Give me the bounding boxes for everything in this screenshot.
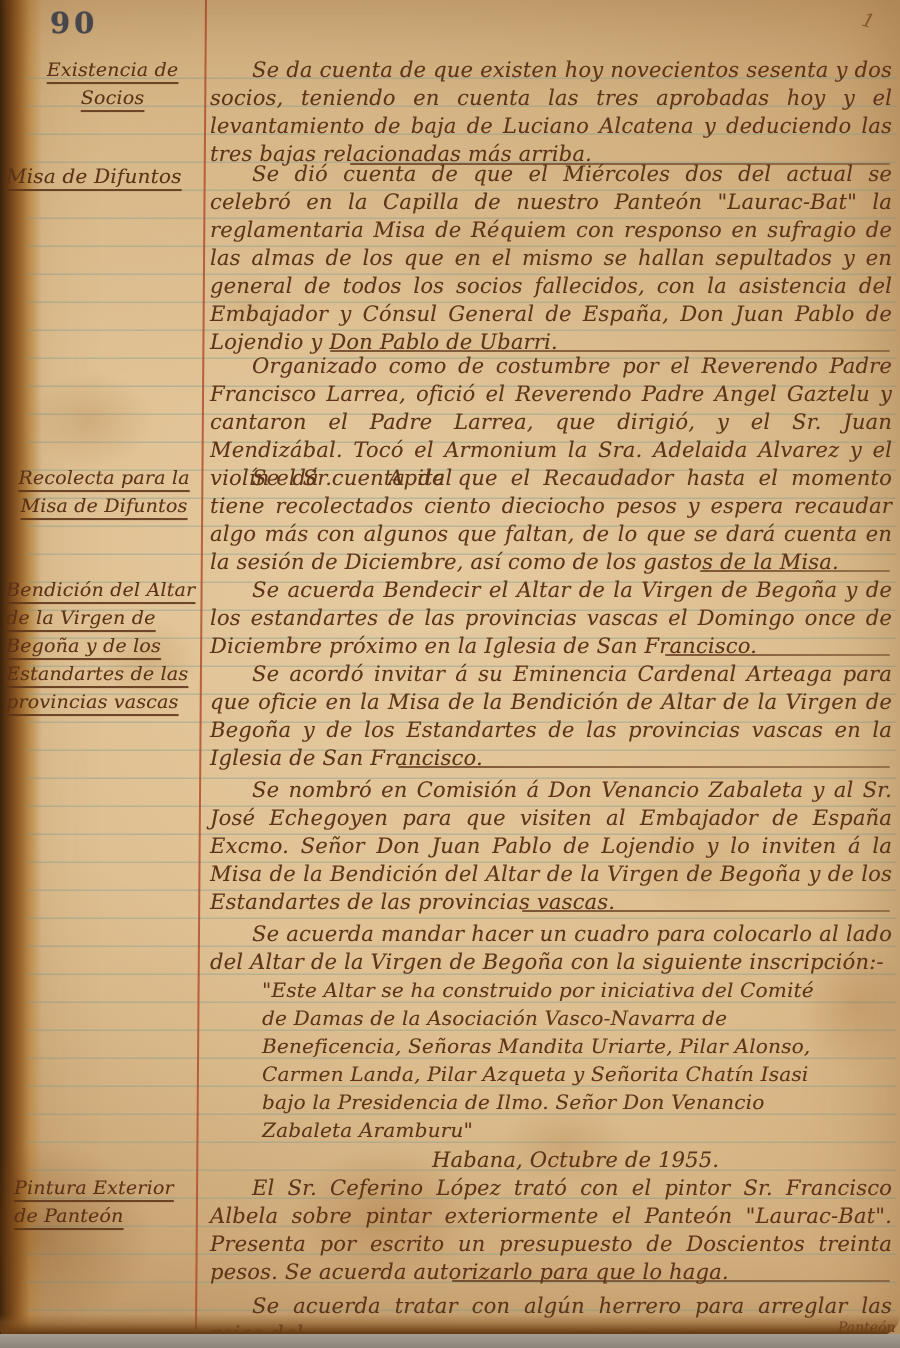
margin-heading-bendicion-altar: Bendición del Altar de la Virgen de Bego… bbox=[6, 576, 198, 716]
paragraph-end-rule bbox=[350, 163, 890, 165]
paragraph-end-rule bbox=[452, 1280, 890, 1282]
paragraph-end-rule bbox=[700, 570, 890, 572]
paragraph-text: Se dió cuenta de que el Miércoles dos de… bbox=[210, 162, 892, 354]
paragraph-text: Se da cuenta de que existen hoy novecien… bbox=[210, 58, 892, 166]
corner-pen-mark: 1 bbox=[859, 9, 877, 33]
paragraph-pintura-panteon: El Sr. Ceferino López trató con el pinto… bbox=[210, 1174, 892, 1286]
inscription-block: "Este Altar se ha construido por iniciat… bbox=[262, 976, 834, 1144]
background-surface bbox=[0, 1334, 900, 1348]
margin-heading-existencia-de-socios: Existencia de Socios bbox=[30, 56, 195, 112]
margin-heading-pintura-exterior: Pintura Exterior de Panteón bbox=[14, 1174, 198, 1230]
page-number-stamp: 90 bbox=[50, 6, 98, 40]
paragraph-text: Se acuerda Bendecir el Altar de la Virge… bbox=[210, 578, 892, 658]
paragraph-end-rule bbox=[522, 910, 890, 912]
paragraph-end-rule bbox=[665, 654, 890, 656]
paragraph-text: Se acordó invitar á su Eminencia Cardena… bbox=[210, 662, 892, 770]
paragraph-cuadro-inscripcion: Se acuerda mandar hacer un cuadro para c… bbox=[210, 920, 892, 976]
paragraph-invitacion-cardenal: Se acordó invitar á su Eminencia Cardena… bbox=[210, 660, 892, 772]
paragraph-misa-difuntos: Se dió cuenta de que el Miércoles dos de… bbox=[210, 160, 892, 356]
paragraph-comision-embajador: Se nombró en Comisión á Don Venancio Zab… bbox=[210, 776, 892, 916]
paragraph-end-rule bbox=[398, 766, 890, 768]
paragraph-text: Se nombró en Comisión á Don Venancio Zab… bbox=[210, 778, 892, 914]
paragraph-text: El Sr. Ceferino López trató con el pinto… bbox=[210, 1176, 892, 1284]
paragraph-recolecta: Se dá cuenta de que el Recaudador hasta … bbox=[210, 464, 892, 576]
margin-heading-misa-de-difuntos: Misa de Difuntos bbox=[6, 162, 202, 190]
paragraph-text: Se dá cuenta de que el Recaudador hasta … bbox=[210, 466, 892, 574]
paragraph-existencia-socios: Se da cuenta de que existen hoy novecien… bbox=[210, 56, 892, 168]
page-bottom-edge bbox=[0, 1314, 900, 1336]
dateline-text: Habana, Octubre de 1955. bbox=[432, 1148, 719, 1172]
paragraph-end-rule bbox=[330, 350, 890, 352]
ledger-page: 90 1 Existencia de Socios Misa de Difunt… bbox=[0, 0, 900, 1348]
dateline-habana-1955: Habana, Octubre de 1955. bbox=[432, 1146, 752, 1174]
margin-heading-recolecta: Recolecta para la Misa de Difuntos bbox=[16, 464, 192, 520]
paragraph-bendicion-altar: Se acuerda Bendecir el Altar de la Virge… bbox=[210, 576, 892, 660]
paragraph-text: Se acuerda mandar hacer un cuadro para c… bbox=[210, 922, 892, 974]
inscription-text: "Este Altar se ha construido por iniciat… bbox=[262, 978, 814, 1142]
